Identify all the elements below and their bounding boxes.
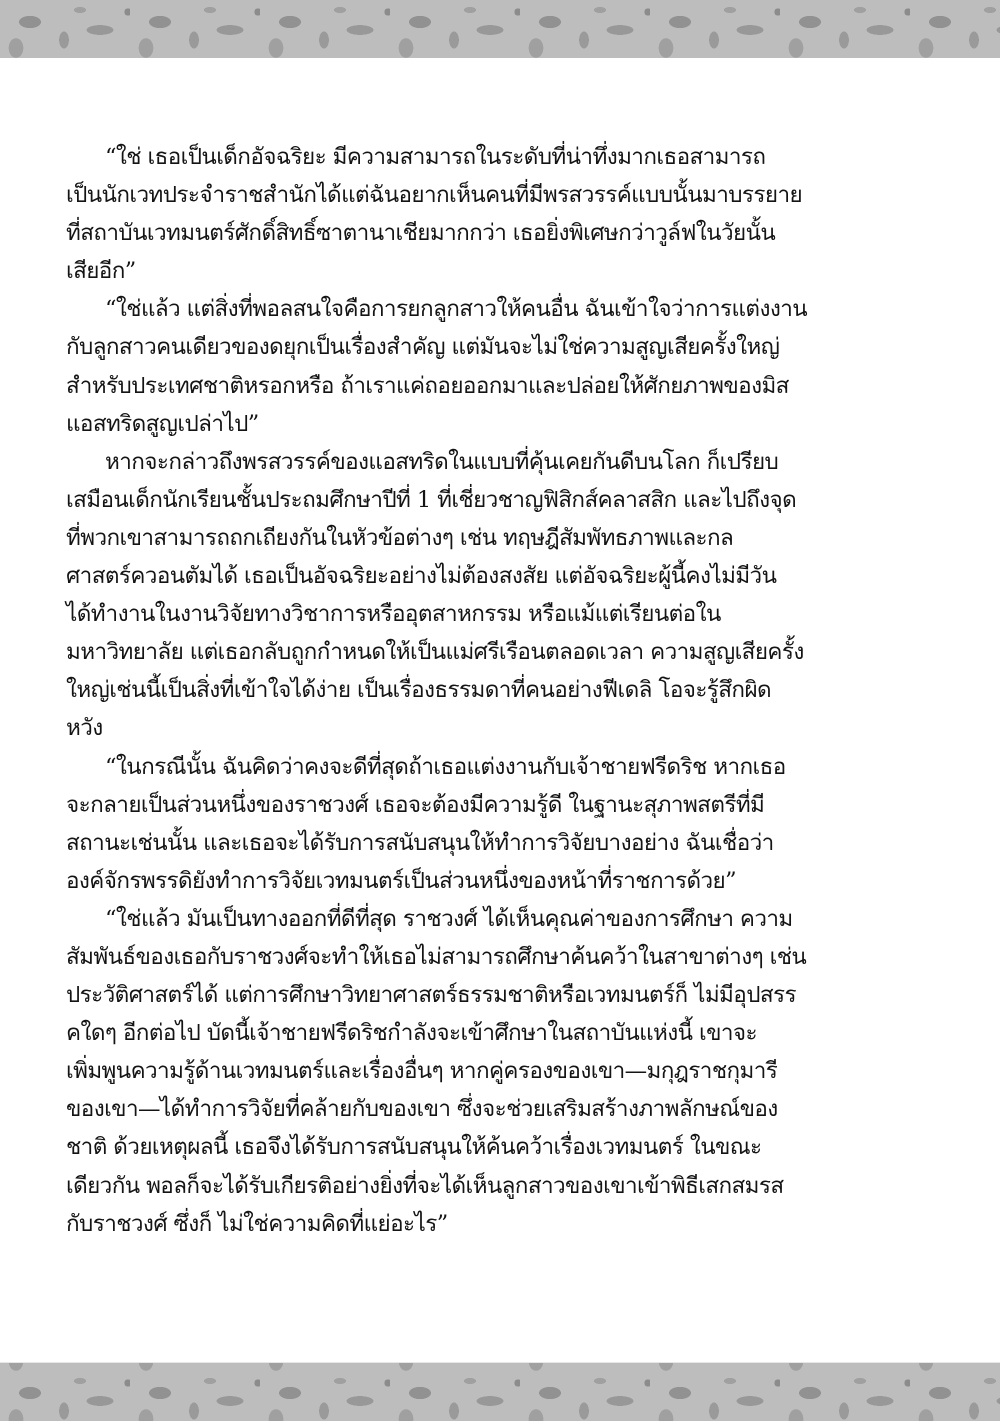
text-line: กับลูกสาวคนเดียวของดยุกเป็นเรื่องสำคัญ แ… [66, 328, 946, 366]
text-line: คใดๆ อีกต่อไป บัดนี้เจ้าชายฟรีดริชกำลังจ… [66, 1014, 946, 1052]
text-line: “ใช่ เธอเป็นเด็กอัจฉริยะ มีความสามารถในร… [66, 138, 946, 176]
paragraph-3: หากจะกล่าวถึงพรสวรรค์ของแอสทริดในแบบที่ค… [66, 443, 946, 748]
paragraph-1: “ใช่ เธอเป็นเด็กอัจฉริยะ มีความสามารถในร… [66, 138, 946, 290]
text-line: องค์จักรพรรดิยังทำการวิจัยเวทมนตร์เป็นส่… [66, 862, 946, 900]
text-line: ศาสตร์ควอนตัมได้ เธอเป็นอัจฉริยะอย่างไม่… [66, 557, 946, 595]
text-line: หากจะกล่าวถึงพรสวรรค์ของแอสทริดในแบบที่ค… [66, 443, 946, 481]
text-line: “ในกรณีนั้น ฉันคิดว่าคงจะดีที่สุดถ้าเธอแ… [66, 748, 946, 786]
text-line: เป็นนักเวทประจำราชสำนักได้แต่ฉันอยากเห็น… [66, 176, 946, 214]
text-line: ที่สถาบันเวทมนตร์ศักดิ์สิทธิ์ซาตานาเชียม… [66, 214, 946, 252]
text-line: กับราชวงศ์ ซึ่งก็ ไม่ใช่ความคิดที่แย่อะไ… [66, 1205, 946, 1243]
text-line: ใหญ่เช่นนี้เป็นสิ่งที่เข้าใจได้ง่าย เป็น… [66, 671, 946, 709]
text-line: สำหรับประเทศชาติหรอกหรือ ถ้าเราแค่ถอยออก… [66, 367, 946, 405]
text-line: ชาติ ด้วยเหตุผลนี้ เธอจึงได้รับการสนับสน… [66, 1128, 946, 1166]
paragraph-4: “ในกรณีนั้น ฉันคิดว่าคงจะดีที่สุดถ้าเธอแ… [66, 748, 946, 900]
text-line: จะกลายเป็นส่วนหนึ่งของราชวงศ์ เธอจะต้องม… [66, 786, 946, 824]
text-line: “ใช่แล้ว มันเป็นทางออกที่ดีที่สุด ราชวงศ… [66, 900, 946, 938]
text-line: มหาวิทยาลัย แต่เธอกลับถูกกำหนดให้เป็นแม่… [66, 633, 946, 671]
document-body: “ใช่ เธอเป็นเด็กอัจฉริยะ มีความสามารถในร… [66, 138, 946, 1243]
decorative-bottom-border [0, 1362, 1000, 1421]
text-line: เสียอีก” [66, 252, 946, 290]
text-line: แอสทริดสูญเปล่าไป” [66, 405, 946, 443]
text-line: เพิ่มพูนความรู้ด้านเวทมนตร์และเรื่องอื่น… [66, 1052, 946, 1090]
text-line: เดียวกัน พอลก็จะได้รับเกียรติอย่างยิ่งที… [66, 1167, 946, 1205]
text-line: ประวัติศาสตร์ได้ แต่การศึกษาวิทยาศาสตร์ธ… [66, 976, 946, 1014]
paragraph-2: “ใช่แล้ว แต่สิ่งที่พอลสนใจคือการยกลูกสาว… [66, 290, 946, 442]
text-line: “ใช่แล้ว แต่สิ่งที่พอลสนใจคือการยกลูกสาว… [66, 290, 946, 328]
text-line: ที่พวกเขาสามารถถกเถียงกันในหัวข้อต่างๆ เ… [66, 519, 946, 557]
text-line: สถานะเช่นนั้น และเธอจะได้รับการสนับสนุนใ… [66, 824, 946, 862]
text-line: ของเขา—ได้ทำการวิจัยที่คล้ายกับของเขา ซึ… [66, 1090, 946, 1128]
text-line: หวัง [66, 709, 946, 747]
text-line: สัมพันธ์ของเธอกับราชวงศ์จะทำให้เธอไม่สาม… [66, 938, 946, 976]
text-line: ได้ทำงานในงานวิจัยทางวิชาการหรืออุตสาหกร… [66, 595, 946, 633]
decorative-top-border [0, 0, 1000, 59]
text-line: เสมือนเด็กนักเรียนชั้นประถมศึกษาปีที่ 1 … [66, 481, 946, 519]
paragraph-5: “ใช่แล้ว มันเป็นทางออกที่ดีที่สุด ราชวงศ… [66, 900, 946, 1243]
page: “ใช่ เธอเป็นเด็กอัจฉริยะ มีความสามารถในร… [0, 58, 1000, 1362]
